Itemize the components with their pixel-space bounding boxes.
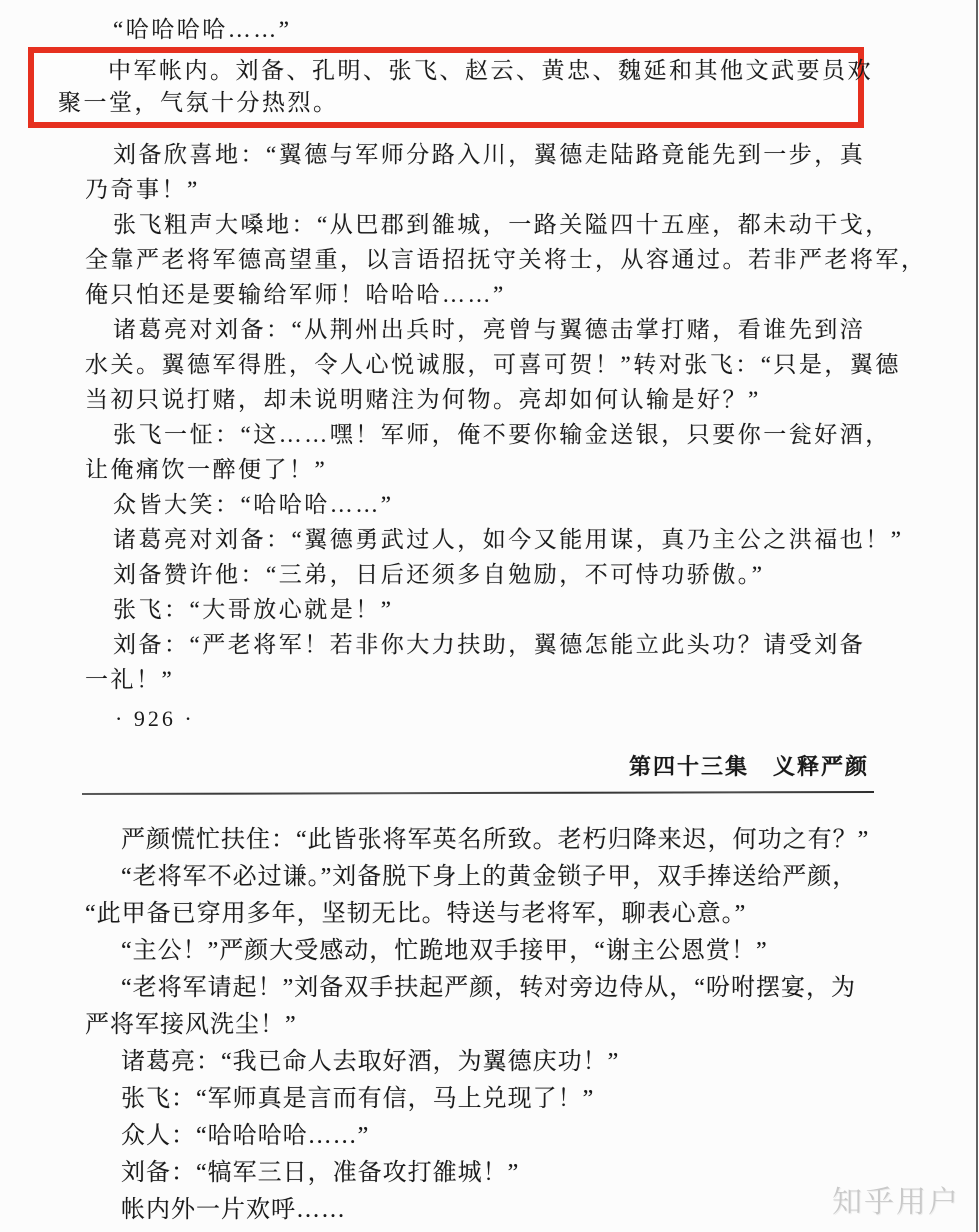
highlight-box: 中军帐内。刘备、孔明、张飞、赵云、黄忠、魏延和其他文武要员欢聚一堂，气氛十分热烈… [28,47,864,128]
chapter-header: 第四十三集 义释严颜 [629,750,869,781]
text-line: 诸葛亮对刘备：“从荆州出兵时，亮曾与翼德击掌打赌，看谁先到涪 [85,312,885,347]
text-line: “老将军不必过谦。”刘备脱下身上的黄金锁子甲，双手捧送给严颜， [85,859,895,896]
text-line: 张飞粗声大嗓地：“从巴郡到雒城，一路关隘四十五座，都未动干戈， [85,207,885,242]
text-line: 众皆大笑：“哈哈哈……” [85,487,885,522]
text-line: “主公！”严颜大受感动，忙跪地双手接甲，“谢主公恩赏！” [85,933,895,970]
text-line: 刘备：“严老将军！若非你大力扶助，翼德怎能立此头功？请受刘备 [85,627,885,662]
text-line: “老将军请起！”刘备双手扶起严颜，转对旁边侍从，“吩咐摆宴，为 [85,970,895,1007]
text-line: 张飞：“军师真是言而有信，马上兑现了！” [85,1081,895,1118]
text-line: 张飞：“大哥放心就是！” [85,592,885,627]
text-line: 全靠严老将军德高望重，以言语招抚守关将士，从容通过。若非严老将军， [85,242,885,277]
text-line: 严将军接风洗尘！” [85,1007,895,1044]
page-number: · 926 · [85,704,885,734]
scan-edge-line [976,0,978,1232]
opening-line-group: “哈哈哈哈……” [85,12,885,47]
watermark: 知乎用户 [832,1177,960,1221]
text-line: 乃奇事！” [85,172,885,207]
page-926-content: “哈哈哈哈……” 中军帐内。刘备、孔明、张飞、赵云、黄忠、魏延和其他文武要员欢聚… [85,12,885,734]
text-line: 水关。翼德军得胜，令人心悦诚服，可喜可贺！”转对张飞：“只是，翼德 [85,347,885,382]
text-line: 聚一堂，气氛十分热烈。 [58,87,852,119]
text-line: 诸葛亮对刘备：“翼德勇武过人，如今又能用谋，真乃主公之洪福也！” [85,522,885,557]
text-line: 众人：“哈哈哈哈……” [85,1118,895,1155]
page-927-content: 严颜慌忙扶住：“此皆张将军英名所致。老朽归降来迟，何功之有？”“老将军不必过谦。… [85,822,895,1229]
scanned-script-page: “哈哈哈哈……” 中军帐内。刘备、孔明、张飞、赵云、黄忠、魏延和其他文武要员欢聚… [0,0,979,1232]
text-line: 张飞一怔：“这……嘿！军师，俺不要你输金送银，只要你一瓮好酒， [85,417,885,452]
text-line: 一礼！” [85,662,885,697]
text-line: 严颜慌忙扶住：“此皆张将军英名所致。老朽归降来迟，何功之有？” [85,822,895,859]
text-line: 刘备：“犒军三日，准备攻打雒城！” [85,1155,895,1192]
text-line: 中军帐内。刘备、孔明、张飞、赵云、黄忠、魏延和其他文武要员欢 [58,55,852,87]
text-line: 刘备欣喜地：“翼德与军师分路入川，翼德走陆路竟能先到一步，真 [85,137,885,172]
dialogue-lines-top: 刘备欣喜地：“翼德与军师分路入川，翼德走陆路竟能先到一步，真乃奇事！”张飞粗声大… [85,137,885,697]
text-line: “哈哈哈哈……” [85,12,885,47]
highlighted-paragraph: 中军帐内。刘备、孔明、张飞、赵云、黄忠、魏延和其他文武要员欢聚一堂，气氛十分热烈… [58,55,852,119]
text-line: 俺只怕还是要输给军师！哈哈哈……” [85,277,885,312]
text-line: 诸葛亮：“我已命人去取好酒，为翼德庆功！” [85,1044,895,1081]
text-line: 刘备赞许他：“三弟，日后还须多自勉励，不可恃功骄傲。” [85,557,885,592]
divider-line [82,791,874,795]
text-line: 帐内外一片欢呼…… [85,1192,895,1229]
text-line: 当初只说打赌，却未说明赌注为何物。亮却如何认输是好？” [85,382,885,417]
dialogue-lines-bottom: 严颜慌忙扶住：“此皆张将军英名所致。老朽归降来迟，何功之有？”“老将军不必过谦。… [85,822,895,1229]
text-line: “此甲备已穿用多年，坚韧无比。特送与老将军，聊表心意。” [85,896,895,933]
text-line: 让俺痛饮一醉便了！” [85,452,885,487]
